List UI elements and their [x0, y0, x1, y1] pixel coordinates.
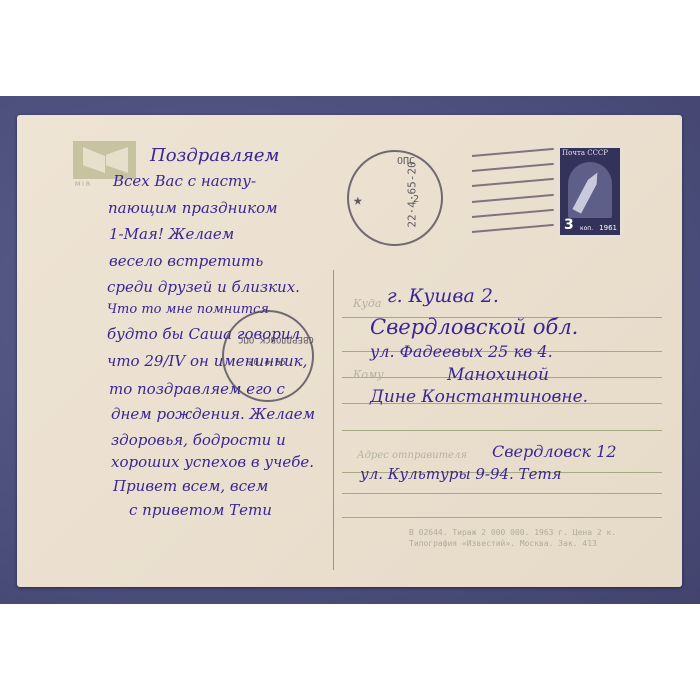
star-icon: ★ [353, 190, 363, 209]
message-line: весело встретить [109, 252, 263, 270]
cancellation-wave [472, 224, 554, 233]
message-line: днем рождения. Желаем [111, 405, 315, 423]
recipient-name: Дине Константиновне. [370, 387, 588, 407]
sender-city: Свердловск 12 [492, 442, 617, 461]
message-line: Поздравляем [150, 145, 279, 166]
message-line: здоровья, бодрости и [111, 431, 286, 449]
stamp-unit: коп. [580, 225, 593, 232]
to-city: г. Кушва 2. [387, 285, 499, 307]
postmark-office: ОПС [397, 156, 415, 167]
center-divider [333, 270, 334, 570]
cancellation-wave [472, 163, 554, 172]
cancellation-wave [472, 148, 554, 157]
message-line: среди друзей и близких. [107, 278, 300, 296]
stamp-value: 3 [564, 217, 574, 233]
message-signoff: с приветом Тети [129, 501, 272, 519]
stamp-year: 1961 [599, 224, 617, 232]
imprint-line: В 02644. Тираж 2 000 000. 1963 г. Цена 2… [409, 528, 616, 537]
message-line: пающим праздником [108, 199, 278, 217]
publisher-logo-caption: MIR [75, 181, 92, 188]
message-line: Что то мне помнится [107, 302, 269, 317]
to-street: ул. Фадеевых 25 кв 4. [370, 342, 553, 361]
address-line [342, 430, 662, 431]
recipient-surname: Манохиной [447, 365, 549, 385]
address-line [342, 517, 662, 518]
sender-label: Адрес отправителя [357, 450, 467, 461]
postmark-secondary-text: СВЕРДЛОВСК ОПС [238, 334, 314, 344]
postmark-secondary: СВЕРДЛОВСК ОПС 26·4·65 [222, 310, 314, 402]
message-line: Всех Вас с насту- [113, 172, 256, 190]
imprint-line: Типография «Известий». Москва. Зак. 413 [409, 539, 597, 548]
whom-label: Кому [353, 368, 384, 381]
message-line: Привет всем, всем [113, 477, 268, 495]
postcard: MIR Поздравляем Всех Вас с насту- пающим… [17, 115, 682, 587]
cancellation-wave [472, 209, 554, 218]
postage-stamp: Почта СССР 3 коп. 1961 [557, 145, 623, 238]
sender-street: ул. Культуры 9-94. Тетя [360, 465, 562, 483]
to-label: Куда [353, 297, 381, 310]
postmark-secondary-date: 26·4·65 [248, 358, 286, 368]
message-line: 1-Мая! Желаем [109, 225, 234, 243]
postmark-number: 2 [413, 194, 419, 205]
cancellation-wave [472, 178, 554, 187]
stamp-country: Почта СССР [562, 149, 618, 157]
to-region: Свердловской обл. [370, 315, 578, 339]
message-line: хороших успехов в учебе. [111, 453, 314, 471]
postmark-main: 22·4·65-20 ОПС 2 ★ [347, 150, 443, 246]
cancellation-wave [472, 194, 554, 203]
address-line [342, 493, 662, 494]
